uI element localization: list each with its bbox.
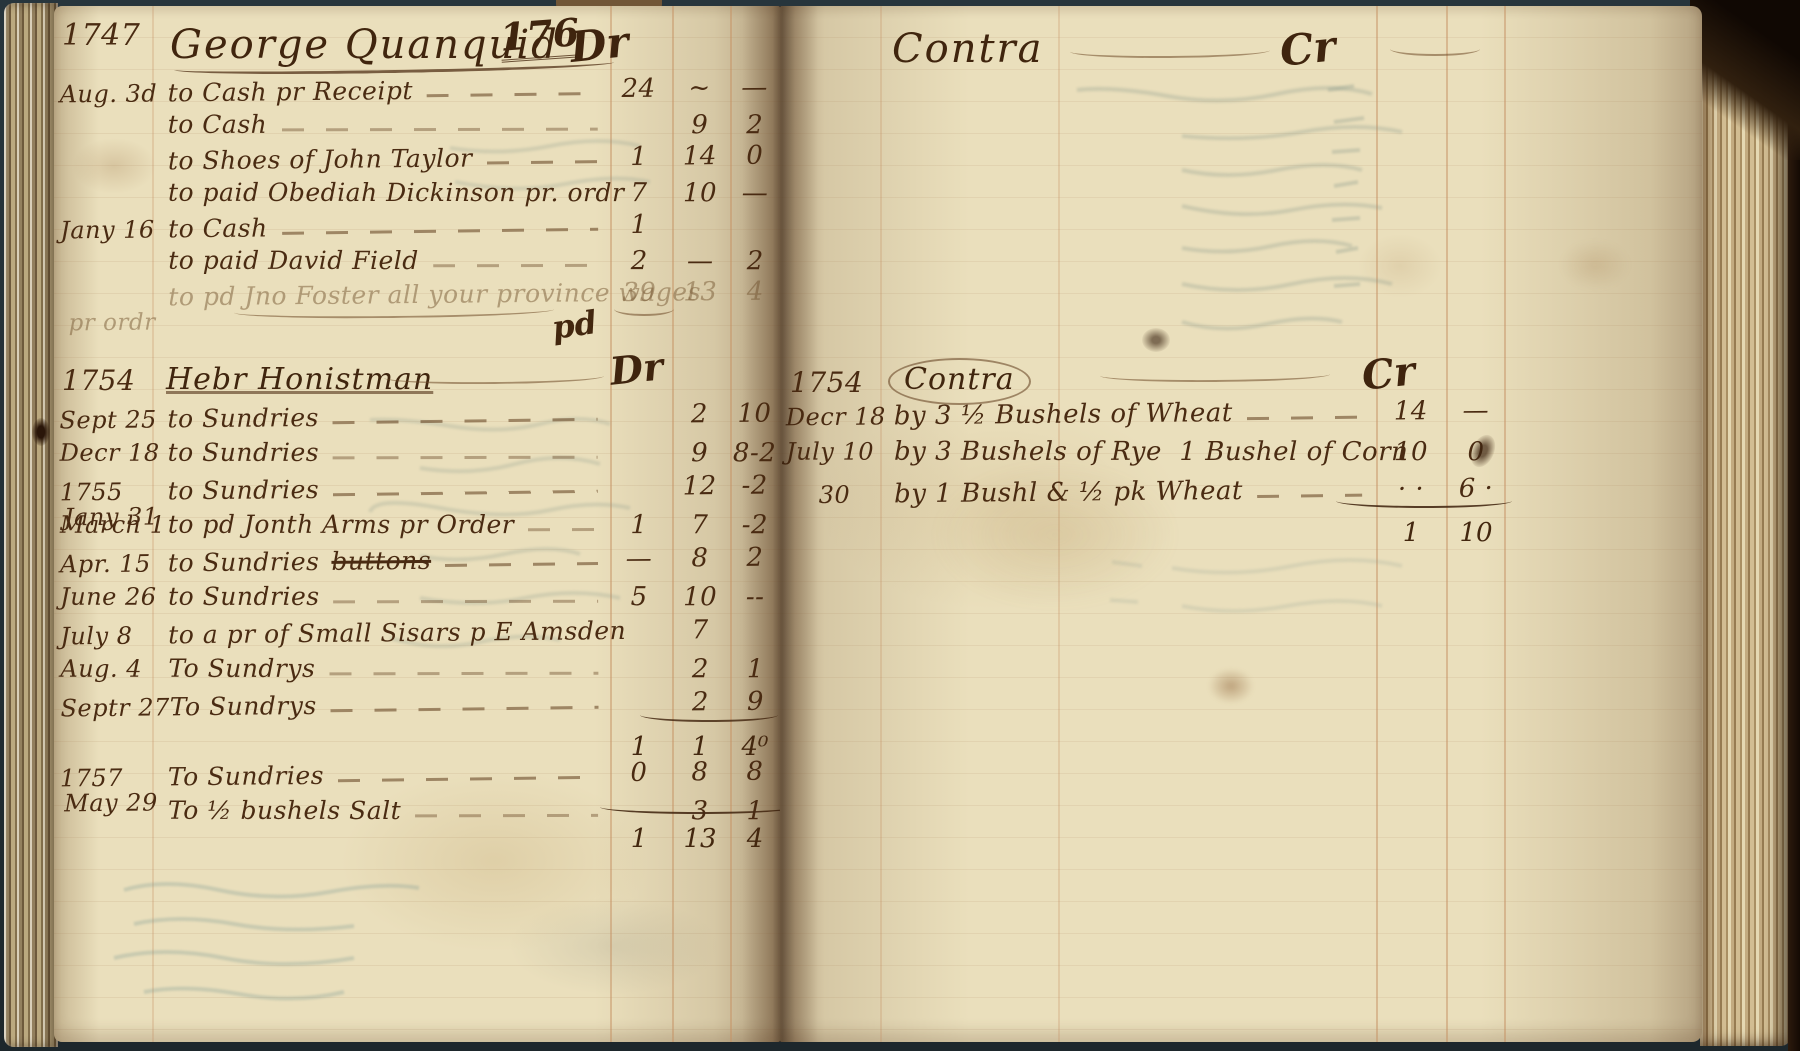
account1-entries: Aug. 3dto Cash pr Receipt24~—to Cash92to… [54, 75, 780, 316]
entry-date-cell: July 8 [54, 621, 168, 650]
entry-description: to paid Obediah Dickinson pr. ordr [168, 178, 624, 207]
entry-line: July 8to a pr of Small Sisars p E Amsden [54, 616, 610, 650]
ledger-entry-row: June 26to Sundries510-- [54, 582, 780, 619]
contra-total-pence: 10 [1452, 518, 1500, 548]
ledger-entry-row: Decr 18by 3 ½ Bushels of Wheat14— [780, 394, 1702, 442]
total-pounds: 1 [610, 824, 668, 854]
entry-description: by 1 Bushl & ½ pk Wheat [894, 476, 1243, 509]
amount-d: 0 [732, 141, 778, 171]
amount-d: 2 [732, 543, 778, 573]
entry-line: Septr 27To Sundrys [54, 688, 610, 722]
amount-s: 2 [673, 399, 725, 429]
entry-date-cell: Apr. 15 [54, 549, 168, 578]
entry-date-cell: Jany 16 [54, 215, 168, 244]
amount-d: 8-2 [732, 438, 778, 468]
amount-d: 1 [732, 654, 778, 684]
total-row: 1 13 4 [54, 824, 780, 858]
amount-s: 9 [674, 438, 726, 468]
account2-debit-mark: Dr [608, 343, 665, 393]
amount-d: 0 [1452, 437, 1500, 467]
entry-date: Decr 18 [60, 439, 160, 467]
debit-mark: Dr [568, 17, 631, 72]
contra-header-title: Contra [892, 26, 1044, 72]
entry-date-cell: Decr 18 [780, 402, 894, 431]
amount-s: 2 [674, 687, 726, 717]
ledger-entry-row: 1755Jany 31to Sundries12-2 [54, 471, 780, 514]
ledger-entry-row: to Shoes of John Taylor1140 [54, 141, 780, 182]
entry-date-cell: Aug. 3d [54, 79, 168, 108]
entry-date-cell: Sept 25 [54, 405, 168, 434]
dash-fill [281, 128, 597, 132]
amount-d: 10 [731, 399, 777, 429]
entry-date-cell: March 1 [54, 511, 168, 539]
struck-word: buttons [331, 546, 431, 576]
amount-d: 9 [732, 687, 778, 717]
entry-date: 30 [786, 481, 850, 510]
amount-s: 7 [674, 510, 726, 540]
amount-s: — [674, 246, 726, 276]
amount-s: 10 [674, 582, 726, 612]
entry-line: Jany 16to Cash [54, 210, 610, 244]
ledger-entry-row: to paid Obediah Dickinson pr. ordr710— [54, 178, 780, 213]
entry-description: to a pr of Small Sisars p E Amsden [168, 616, 626, 649]
entry-line: March 1to pd Jonth Arms pr Order [54, 510, 610, 539]
amount-s: 8 [674, 757, 726, 787]
entry-date-cell [54, 169, 168, 170]
entry-description: by 3 Bushels of Rye 1 Bushel of Corn [894, 437, 1408, 467]
amount-d: 2 [732, 110, 778, 140]
ledger-entry-row: Septr 27To Sundrys29 [54, 687, 780, 730]
contra-header-line [1070, 41, 1270, 58]
contra-account-year: 1754 [790, 366, 863, 399]
account2-entries-1757: 1757May 29To Sundries088To ½ bushels Sal… [54, 759, 780, 834]
amount-s: ~ [673, 73, 725, 103]
entry-description: to Shoes of John Taylor [168, 143, 473, 175]
amount-s: 13 [674, 277, 726, 307]
dash-fill [334, 600, 599, 604]
dash-fill [331, 706, 599, 713]
dash-fill [338, 776, 598, 782]
entry-description: to Sundriesbuttons [168, 546, 431, 578]
entry-description: to Sundries [168, 582, 319, 611]
account2-entries: Sept 25to Sundries210Decr 18to Sundries9… [54, 401, 780, 728]
entry-description: To Sundrys [170, 691, 317, 721]
ledger-entry-row: Jany 16to Cash1 [54, 209, 780, 250]
amount-l [610, 472, 668, 473]
entry-date-cell: 1757May 29 [54, 763, 168, 792]
entry-description: to pd Jonth Arms pr Order [168, 510, 514, 539]
entry-date: March 1 [60, 511, 166, 539]
contra-credit-mark: Cr [1360, 347, 1418, 399]
dash-fill [487, 160, 598, 164]
right-page-edge-stack [1700, 8, 1792, 1046]
amount-l: 1 [610, 210, 668, 241]
amount-s: 12 [674, 471, 726, 501]
entry-description: to Cash [168, 110, 268, 139]
dash-fill [415, 814, 598, 817]
paid-line [234, 304, 554, 319]
contra-total-shillings: 1 [1382, 518, 1440, 548]
entry-description: to paid David Field [168, 246, 419, 275]
amount-d: 4 [732, 277, 778, 307]
ledger-entry-row: July 10by 3 Bushels of Rye 1 Bushel of C… [780, 437, 1702, 477]
entry-line: to paid Obediah Dickinson pr. ordr [54, 178, 610, 207]
total-pence: 4 [732, 824, 778, 854]
entry-date-cell [54, 305, 168, 306]
right-page: Contra Cr 1754 Contra Cr Decr 18by 3 ½ B… [780, 6, 1702, 1042]
amount-d: — [732, 178, 778, 208]
dash-fill [445, 562, 598, 567]
year-label: 1747 [62, 18, 140, 53]
amount-l: — [610, 544, 668, 575]
ledger-entry-row: Aug. 3dto Cash pr Receipt24~— [54, 73, 780, 114]
entry-date: Decr 18 [786, 402, 886, 431]
contra-entries: Decr 18by 3 ½ Bushels of Wheat14—July 10… [780, 396, 1702, 516]
dash-fill [333, 490, 598, 496]
amount-s: 14 [674, 141, 726, 171]
ledger-entry-row: Sept 25to Sundries210 [54, 399, 780, 442]
contra-total-row: 1 10 [780, 518, 1702, 552]
entry-line: Decr 18to Sundries [54, 438, 610, 467]
entry-date: Aug. 4 [60, 655, 142, 683]
dash-fill [329, 672, 598, 676]
entry-date-cell: 30 [780, 480, 894, 509]
amount-l: 24 [609, 74, 667, 105]
dash-fill [427, 92, 598, 97]
entry-date-cell: June 26 [54, 583, 168, 611]
entry-line: Sept 25to Sundries [54, 400, 610, 434]
contra-account-line [1100, 365, 1330, 383]
entry-line: Decr 18by 3 ½ Bushels of Wheat [780, 397, 1374, 433]
amount-l: 2 [610, 246, 668, 276]
entry-date: July 8 [60, 622, 132, 651]
entry-date-cell: 1755Jany 31 [54, 477, 168, 506]
ledger-entry-row: Apr. 15to Sundriesbuttons—82 [54, 543, 780, 586]
paid-dash [614, 306, 674, 316]
amount-d: -- [732, 582, 778, 612]
entry-date-cell: Aug. 4 [54, 655, 168, 683]
amount-l: 1 [610, 142, 668, 173]
entry-description: To Sundries [168, 761, 324, 791]
amount-l [610, 688, 668, 689]
amount-d: 8 [732, 757, 778, 787]
amount-l: 0 [610, 758, 668, 789]
entry-date: Apr. 15 [60, 550, 151, 579]
left-page: 1747 George Quanquid 176 Dr Aug. 3dto Ca… [54, 6, 780, 1042]
entry-line: Apr. 15to Sundriesbuttons [54, 544, 610, 578]
entry-description: to Cash pr Receipt [167, 76, 413, 107]
amount-l: 7 [610, 178, 668, 208]
ledger-entry-row: March 1to pd Jonth Arms pr Order17-2 [54, 510, 780, 547]
dash-fill [528, 528, 598, 531]
dash-fill [333, 418, 598, 424]
amount-s: 14 [1382, 396, 1440, 427]
ledger-entry-row: July 8to a pr of Small Sisars p E Amsden… [54, 615, 780, 658]
account2-title-line [384, 365, 604, 385]
entry-line: 1757May 29To Sundries [54, 758, 610, 792]
entry-date-cell: Septr 27 [54, 693, 170, 722]
ledger-entry-row: 1757May 29To Sundries088 [54, 757, 780, 800]
amount-s: 7 [674, 615, 726, 645]
entry-date: Jany 16 [60, 216, 155, 245]
amount-l: 5 [610, 582, 668, 612]
entry-line: July 10by 3 Bushels of Rye 1 Bushel of C… [780, 437, 1374, 468]
entry-date: Aug. 3d [60, 79, 158, 108]
entry-date: July 10 [786, 438, 874, 466]
credit-mark: Cr [1278, 21, 1338, 76]
ledger-entry-row: to Cash92 [54, 110, 780, 145]
ledger-entry-row: Aug. 4To Sundrys21 [54, 654, 780, 691]
total-shillings: 13 [674, 824, 726, 854]
ledger-entry-row: to paid David Field2—2 [54, 246, 780, 281]
entry-line: to Cash [54, 110, 610, 139]
entry-date-cell: Decr 18 [54, 439, 168, 467]
entry-date-cell: July 10 [780, 438, 894, 466]
amount-d: — [731, 73, 777, 103]
entry-line: 30by 1 Bushl & ½ pk Wheat [780, 475, 1374, 511]
dash-fill [1257, 493, 1362, 497]
ledger-entry-row: Decr 18to Sundries98-2 [54, 438, 780, 475]
amount-s: 2 [674, 654, 726, 684]
entry-line: to paid David Field [54, 246, 610, 275]
book-cover-corner [1690, 0, 1800, 160]
entry-line: 1755Jany 31to Sundries [54, 472, 610, 506]
entry-line: June 26to Sundries [54, 582, 610, 611]
left-page-edge-stack [4, 3, 58, 1047]
amount-s: 8 [674, 543, 726, 573]
entry-description: to Sundries [168, 438, 319, 467]
entry-date: Septr 27 [60, 693, 170, 722]
account2-year: 1754 [62, 364, 135, 397]
entry-description-line2: pr ordr [68, 310, 155, 337]
dash-fill [1247, 415, 1362, 420]
entry-description: to Sundries [167, 403, 319, 433]
dash-fill [333, 456, 598, 460]
entry-line: To ½ bushels Salt [54, 796, 610, 825]
amount-d: — [1452, 396, 1500, 426]
dash-fill [282, 228, 598, 235]
amount-s: 10 [1382, 437, 1440, 467]
entry-line: to Shoes of John Taylor [54, 142, 610, 176]
ledger-entry-row: 30by 1 Bushl & ½ pk Wheat· ·6 · [780, 472, 1702, 520]
amount-s: 10 [674, 178, 726, 208]
entry-line: Aug. 3dto Cash pr Receipt [54, 74, 610, 108]
amount-d: -2 [732, 471, 778, 501]
amount-s: 9 [674, 110, 726, 140]
entry-description: to Sundries [168, 475, 320, 505]
amount-d: 2 [732, 246, 778, 276]
dash-fill [433, 264, 598, 267]
entry-date: Sept 25 [59, 405, 157, 434]
entry-line: Aug. 4To Sundrys [54, 654, 610, 683]
entry-description: To ½ bushels Salt [168, 796, 401, 825]
entry-description: To Sundrys [168, 654, 315, 683]
amount-d: -2 [732, 510, 778, 540]
amount-l: 39 [610, 278, 668, 309]
paid-mark: pd [550, 303, 600, 347]
entry-description: to Cash [168, 213, 268, 243]
entry-description: by 3 ½ Bushels of Wheat [894, 398, 1233, 431]
ledger-book-photo: 1747 George Quanquid 176 Dr Aug. 3dto Ca… [0, 0, 1800, 1051]
amount-l [609, 400, 667, 401]
entry-date: June 26 [60, 583, 156, 611]
credit-mark-dash [1390, 46, 1480, 56]
amount-l: 1 [610, 510, 668, 540]
